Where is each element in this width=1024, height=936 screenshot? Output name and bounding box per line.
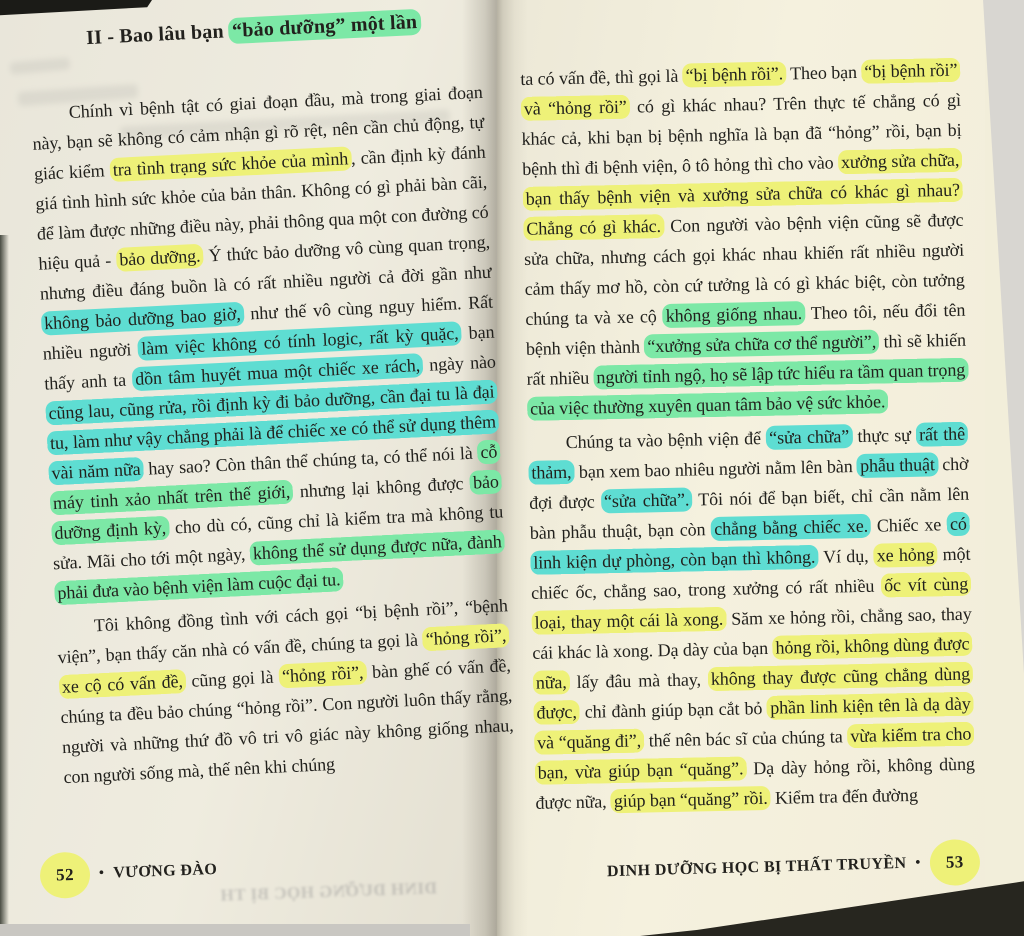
text-run: thế nên bác sĩ của chúng ta — [644, 726, 848, 750]
paragraph: Chúng ta vào bệnh viện để “sửa chữa” thự… — [528, 419, 976, 818]
highlighted-text: “sửa chữa” — [766, 424, 853, 449]
left-page-footer: 52 • VƯƠNG ĐÀO — [39, 847, 218, 899]
highlighted-text: “xưởng sửa chữa cơ thể người”, — [644, 330, 880, 359]
highlighted-text: tra tình trạng sức khỏe của mình — [109, 147, 352, 182]
page-number: 53 — [929, 839, 980, 886]
page-number: 52 — [39, 851, 91, 899]
highlighted-text: không bảo dưỡng bao giờ, — [40, 302, 244, 335]
highlighted-text: “sửa chữa”. — [600, 488, 692, 514]
footer-bullet: • — [915, 855, 921, 871]
paragraph: ta có vấn đề, thì gọi là “bị bệnh rồi”. … — [520, 55, 967, 424]
photo-edge-bottom — [0, 924, 470, 936]
text-run: bạn xem bao nhiêu người nằm lên bàn — [574, 456, 857, 482]
right-page-text-block: ta có vấn đề, thì gọi là “bị bệnh rồi”. … — [520, 55, 976, 818]
text-run: chỉ đành giúp bạn cắt bỏ — [579, 698, 767, 722]
text-run: ngày nào — [422, 352, 496, 376]
text-run: lấy đâu mà thay, — [569, 669, 708, 692]
highlighted-text: bảo dưỡng. — [115, 244, 204, 272]
footer-bullet: • — [99, 866, 105, 882]
highlighted-text: “hỏng rồi”, — [278, 660, 367, 688]
highlighted-text: không giống nhau. — [662, 301, 805, 328]
left-page-text-block: II - Bao lâu bạn “bảo dưỡng” một lần Chí… — [27, 8, 516, 792]
text-run: nhưng lại không được — [292, 473, 470, 502]
author-name: VƯƠNG ĐÀO — [113, 861, 217, 883]
highlighted-text: giúp bạn “quăng” rồi. — [610, 786, 771, 813]
text-run: thực sự — [852, 425, 917, 446]
book-title: DINH DƯỠNG HỌC BỊ THẤT TRUYỀN — [607, 855, 907, 881]
text-run: Theo bạn — [786, 62, 862, 84]
book-photo: II - Bao lâu bạn “bảo dưỡng” một lần Chí… — [0, 0, 1024, 936]
highlighted-text: “bị bệnh rồi”. — [682, 62, 786, 88]
highlighted-text: phẫu thuật — [857, 453, 939, 478]
text-run: Ví dụ, — [818, 546, 874, 567]
text-run: cũng gọi là — [185, 666, 280, 691]
highlighted-text: chẳng bằng chiếc xe. — [711, 514, 872, 541]
highlighted-text: xe hỏng — [873, 543, 938, 568]
text-run: Kiểm tra đến đường — [770, 785, 918, 808]
text-run: Chúng ta vào bệnh viện để — [566, 428, 767, 452]
text-run: ta có vấn đề, thì gọi là — [520, 66, 683, 89]
right-page-paper-edge — [985, 0, 1024, 936]
photo-edge-left — [0, 235, 9, 936]
text-run: Chiếc xe — [871, 514, 948, 536]
paragraph: Chính vì bệnh tật có giai đoạn đầu, mà t… — [30, 77, 506, 608]
paragraph: Tôi không đồng tình với cách gọi “bị bện… — [55, 590, 515, 792]
